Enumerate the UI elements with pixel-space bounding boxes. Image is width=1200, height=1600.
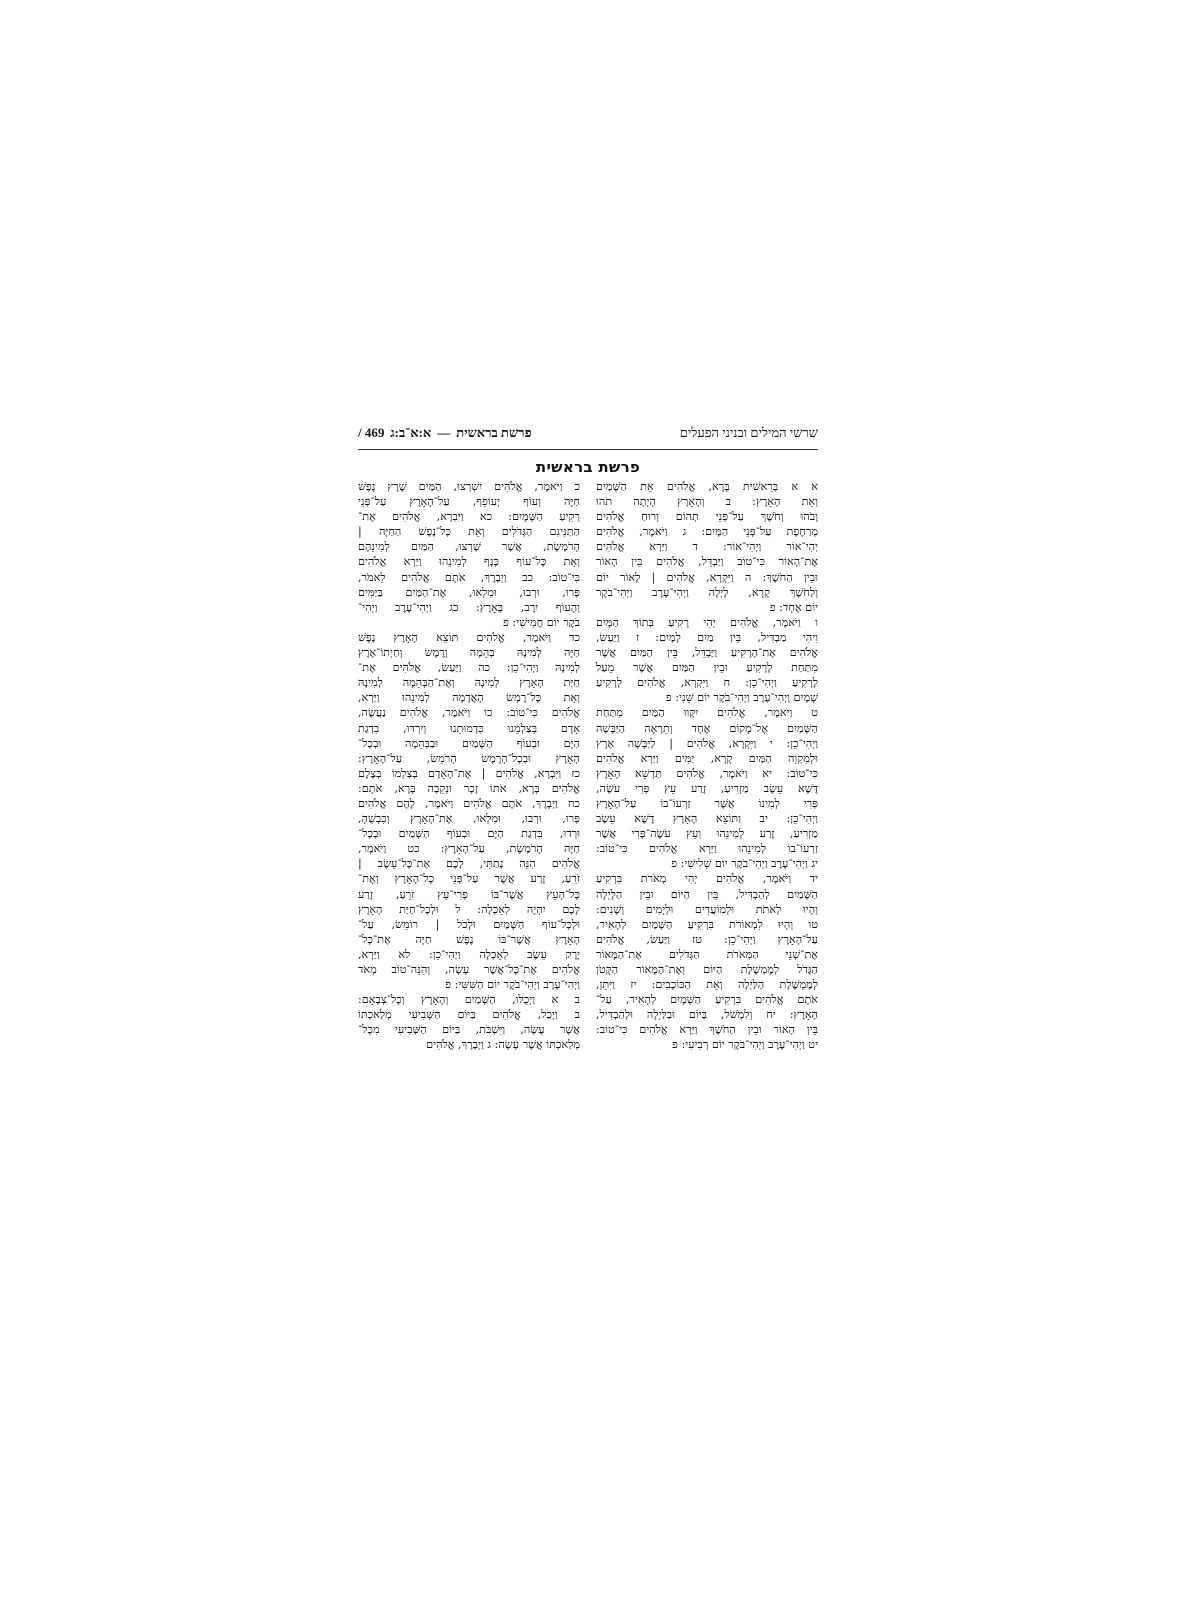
text-line: יֶרֶק עֵשֶׂב לְאָכְלָה וַיְהִי־כֵן: לא ו… <box>358 947 580 962</box>
text-line: וַיְהִי־כֵן: יב וַתּוֹצֵא הָאָרֶץ דֶּשֶׁ… <box>596 811 818 826</box>
text-line: ט וַיֹּאמֶר, אֱלֹהִים יִקָּווּ הַמַּיִם … <box>596 705 818 720</box>
text-line: ב א וַיְכֻלּוּ, הַשָּׁמַיִם וְהָאָרֶץ וְ… <box>358 992 580 1007</box>
text-line: עַל־הָאָרֶץ וַיְהִי־כֵן: טז וַיַּעַשׂ, א… <box>596 932 818 947</box>
text-line: חַיָּה וְעוֹף יְעוֹפֵף, עַל־הָאָרֶץ עַל־… <box>358 494 580 509</box>
text-line: מְלַאכְתּוֹ אֲשֶׁר עָשָׂה: ג וַיְבָרֶךְ,… <box>358 1037 580 1052</box>
text-line: כִּי־טוֹב: כב וַיְבָרֶךְ, אֹתָם אֱלֹהִים… <box>358 570 580 585</box>
text-line: א א בְּרֵאשִׁית בָּרָא, אֱלֹהִים אֵת הַש… <box>596 479 818 494</box>
text-line: וְאֵת כָּל־רֶמֶשׂ הָאֲדָמָה לְמִינֵהוּ ו… <box>358 690 580 705</box>
text-line: וְהָיוּ לְאֹתֹת וּלְמוֹעֲדִים וּלְיָמִים… <box>596 902 818 917</box>
text-line: לְמֶמְשֶׁלֶת הַלַּיְלָה וְאֵת הַכּוֹכָבִ… <box>596 977 818 992</box>
text-line: וְאֵת כָּל־עוֹף כָּנָף לְמִינֵהוּ וַיַּר… <box>358 554 580 569</box>
text-line: חַיַּת הָאָרֶץ לְמִינָהּ וְאֶת־הַבְּהֵמָ… <box>358 675 580 690</box>
text-line: בֹקֶר יוֹם חֲמִישִׁי: פ <box>358 615 580 630</box>
text-line: וִיהִי מַבְדִּיל, בֵּין מַיִם לָמָיִם: ז… <box>596 630 818 645</box>
text-line: שָׁמָיִם וַיְהִי־עֶרֶב וַיְהִי־בֹקֶר יוֹ… <box>596 690 818 705</box>
text-line: וַיְהִי־עֶרֶב וַיְהִי־בֹקֶר יוֹם הַשִּׁש… <box>358 977 580 992</box>
text-line: וָבֹהוּ וְחֹשֶׁךְ עַל־פְּנֵי תְהוֹם וְרו… <box>596 509 818 524</box>
text-line: פְּרוּ, וּרְבוּ, וּמִלְאוּ, אֶת־הַמַּיִם… <box>358 585 580 600</box>
text-line: טו וְהָיוּ לִמְאוֹרֹת בִּרְקִיעַ הַשָּׁמ… <box>596 917 818 932</box>
text-line: אֶת־שְׁנֵי הַמְּאֹרֹת הַגְּדֹלִים אֶת־הַ… <box>596 947 818 962</box>
text-line: לְמִינָהּ וַיְהִי־כֵן: כה וַיַּעַשׂ, אֱל… <box>358 660 580 675</box>
text-line: יט וַיְהִי־עֶרֶב וַיְהִי־בֹקֶר יוֹם רְבִ… <box>596 1037 818 1052</box>
text-line: אֹתָם אֱלֹהִים בִּרְקִיעַ הַשָּׁמָיִם לְ… <box>596 992 818 1007</box>
left-column: כ וַיֹּאמֶר, אֱלֹהִים יִשְׁרְצוּ, הַמַּי… <box>358 479 580 1053</box>
text-line: כִּי־טוֹב: יא וַיֹּאמֶר, אֱלֹהִים תַּדְש… <box>596 766 818 781</box>
text-line: וּבֵין הַחֹשֶׁךְ: ה וַיִּקְרָא, אֱלֹהִים… <box>596 570 818 585</box>
text-line: וּרְדוּ, בִּדְגַת הַיָּם וּבְעוֹף הַשָּׁ… <box>358 826 580 841</box>
text-line: אֲשֶׁר עָשָׂה, וַיִּשְׁבֹּת, בַּיּוֹם הַ… <box>358 1022 580 1037</box>
header-range: א:א־ב:ג <box>390 425 431 441</box>
text-line: בֵּין הָאוֹר וּבֵין הַחֹשֶׁךְ וַיַּרְא א… <box>596 1022 818 1037</box>
text-line: אֱלֹהִים אֶת־הָרָקִיעַ וַיַּבְדֵּל, בֵּי… <box>596 645 818 660</box>
text-line: פְּרִי לְמִינוֹ אֲשֶׁר זַרְעוֹ־בוֹ עַל־ה… <box>596 796 818 811</box>
text-line: כז וַיִּבְרָא, אֱלֹהִים | אֶת־הָאָדָם בְ… <box>358 766 580 781</box>
text-line: לָכֶם יִהְיֶה לְאָכְלָה: ל וּלְכָל־חַיַּ… <box>358 902 580 917</box>
text-line: אֱלֹהִים בָּרָא, אֹתוֹ זָכָר וּנְקֵבָה ב… <box>358 781 580 796</box>
text-line: כ וַיֹּאמֶר, אֱלֹהִים יִשְׁרְצוּ, הַמַּי… <box>358 479 580 494</box>
text-line: אֶת־הָאוֹר כִּי־טוֹב וַיַּבְדֵּל, אֱלֹהִ… <box>596 554 818 569</box>
text-line: כח וַיְבָרֶךְ, אֹתָם אֱלֹהִים וַיֹּאמֶר,… <box>358 796 580 811</box>
text-line: וְאֵת הָאָרֶץ: ב וְהָאָרֶץ הָיְתָה תֹהוּ <box>596 494 818 509</box>
text-line: חַיָּה הָרֹמֶשֶׂת, עַל־הָאָרֶץ: כט וַיֹּ… <box>358 841 580 856</box>
text-line: וּלְמִקְוֵה הַמַּיִם קָרָא, יַמִּים וַיַ… <box>596 751 818 766</box>
section-title: פרשת בראשית <box>358 458 818 476</box>
text-line: כד וַיֹּאמֶר, אֱלֹהִים תּוֹצֵא הָאָרֶץ נ… <box>358 630 580 645</box>
text-line: אֱלֹהִים אֶת־כָּל־אֲשֶׁר עָשָׂה, וְהִנֵּ… <box>358 962 580 977</box>
text-line: אֱלֹהִים כִּי־טוֹב: כו וַיֹּאמֶר, אֱלֹהִ… <box>358 705 580 720</box>
text-line: דֶּשֶׁא עֵשֶׂב מַזְרִיעַ, זֶרַע עֵץ פְּר… <box>596 781 818 796</box>
text-line: זַרְעוֹ־בוֹ לְמִינֵהוּ וַיַּרְא אֱלֹהִים… <box>596 841 818 856</box>
text-line: רְקִיעַ הַשָּׁמָיִם: כא וַיִּבְרָא, אֱלֹ… <box>358 509 580 524</box>
text-line: מִתַּחַת לָרָקִיעַ וּבֵין הַמַּיִם אֲשֶׁ… <box>596 660 818 675</box>
text-line: הָאָרֶץ אֲשֶׁר־בּוֹ נֶפֶשׁ חַיָּה אֶת־כָ… <box>358 932 580 947</box>
text-line: הַשָּׁמַיִם לְהַבְדִּיל, בֵּין הַיּוֹם ו… <box>596 887 818 902</box>
text-line: הַיָּם וּבְעוֹף הַשָּׁמַיִם וּבַבְּהֵמָה… <box>358 736 580 751</box>
header-dash: — <box>437 425 450 441</box>
text-line: הָאָרֶץ: יח וְלִמְשֹׁל, בַּיּוֹם וּבַלַּ… <box>596 1007 818 1022</box>
book-title: שרשי המילים ובניני הפעלים <box>680 425 818 441</box>
text-line: מַזְרִיעַ, זֶרַע לְמִינֵהוּ וְעֵץ עֹשֶׂה… <box>596 826 818 841</box>
text-line: לָרָקִיעַ וַיְהִי־כֵן: ח וַיִּקְרָא, אֱל… <box>596 675 818 690</box>
text-line: ב וַיְכַל, אֱלֹהִים בַּיּוֹם הַשְּׁבִיעִ… <box>358 1007 580 1022</box>
running-header: שרשי המילים ובניני הפעלים פרשת בראשית — … <box>358 425 818 450</box>
text-line: יוֹם אֶחָד: פ <box>596 600 818 615</box>
book-page: שרשי המילים ובניני הפעלים פרשת בראשית — … <box>358 425 818 1145</box>
text-line: יג וַיְהִי־עֶרֶב וַיְהִי־בֹקֶר יוֹם שְׁל… <box>596 856 818 871</box>
text-line: הַשָּׁמַיִם אֶל־מָקוֹם אֶחָד וְתֵרָאֶה ה… <box>596 721 818 736</box>
text-line: וְהָעוֹף יִרֶב, בָּאָרֶץ: כג וַיְהִי־עֶר… <box>358 600 580 615</box>
text-line: חַיָּה לְמִינָהּ בְּהֵמָה וָרֶמֶשׂ וְחַי… <box>358 645 580 660</box>
text-line: אָדָם בְּצַלְמֵנוּ כִּדְמוּתֵנוּ וְיִרְד… <box>358 721 580 736</box>
text-line: הַגָּדֹל לְמֶמְשֶׁלֶת הַיּוֹם וְאֶת־הַמָ… <box>596 962 818 977</box>
text-columns: א א בְּרֵאשִׁית בָּרָא, אֱלֹהִים אֵת הַש… <box>358 479 818 1053</box>
text-line: מְרַחֶפֶת עַל־פְּנֵי הַמָּיִם: ג וַיֹּאמ… <box>596 524 818 539</box>
text-line: וְלַחֹשֶׁךְ קָרָא, לָיְלָה וַיְהִי־עֶרֶב… <box>596 585 818 600</box>
text-line: וַיְהִי־כֵן: י וַיִּקְרָא, אֱלֹהִים | לַ… <box>596 736 818 751</box>
page-number: / 469 <box>358 425 384 441</box>
text-line: הַתַּנִּינִם הַגְּדֹלִים וְאֵת כָּל־נֶפֶ… <box>358 524 580 539</box>
header-location: פרשת בראשית — א:א־ב:ג / 469 <box>358 425 532 441</box>
text-line: הָאָרֶץ וּבְכָל־הָרֶמֶשׂ הָרֹמֵשׂ, עַל־ה… <box>358 751 580 766</box>
text-line: זֹרֵעַ, זֶרַע אֲשֶׁר עַל־פְּנֵי כָל־הָאָ… <box>358 871 580 886</box>
right-column: א א בְּרֵאשִׁית בָּרָא, אֱלֹהִים אֵת הַש… <box>596 479 818 1053</box>
text-line: הָרֹמֶשֶׂת, אֲשֶׁר שָׁרְצוּ, הַמַּיִם לְ… <box>358 539 580 554</box>
text-line: יד וַיֹּאמֶר, אֱלֹהִים יְהִי מְאֹרֹת בִּ… <box>596 871 818 886</box>
text-line: וּלְכָל־עוֹף הַשָּׁמַיִם וּלְכֹל | רוֹמֵ… <box>358 917 580 932</box>
header-parasha: פרשת בראשית <box>456 425 531 441</box>
text-line: ו וַיֹּאמֶר, אֱלֹהִים יְהִי רָקִיעַ בְּת… <box>596 615 818 630</box>
text-line: אֱלֹהִים הִנֵּה נָתַתִּי, לָכֶם אֶת־כָּל… <box>358 856 580 871</box>
text-line: כָּל־הָעֵץ אֲשֶׁר־בּוֹ פְרִי־עֵץ זֹרֵעַ,… <box>358 887 580 902</box>
text-line: יְהִי־אוֹר וַיְהִי־אוֹר: ד וַיַּרְא אֱלֹ… <box>596 539 818 554</box>
text-line: פְּרוּ, וּרְבוּ, וּמִלְאוּ, אֶת־הָאָרֶץ … <box>358 811 580 826</box>
